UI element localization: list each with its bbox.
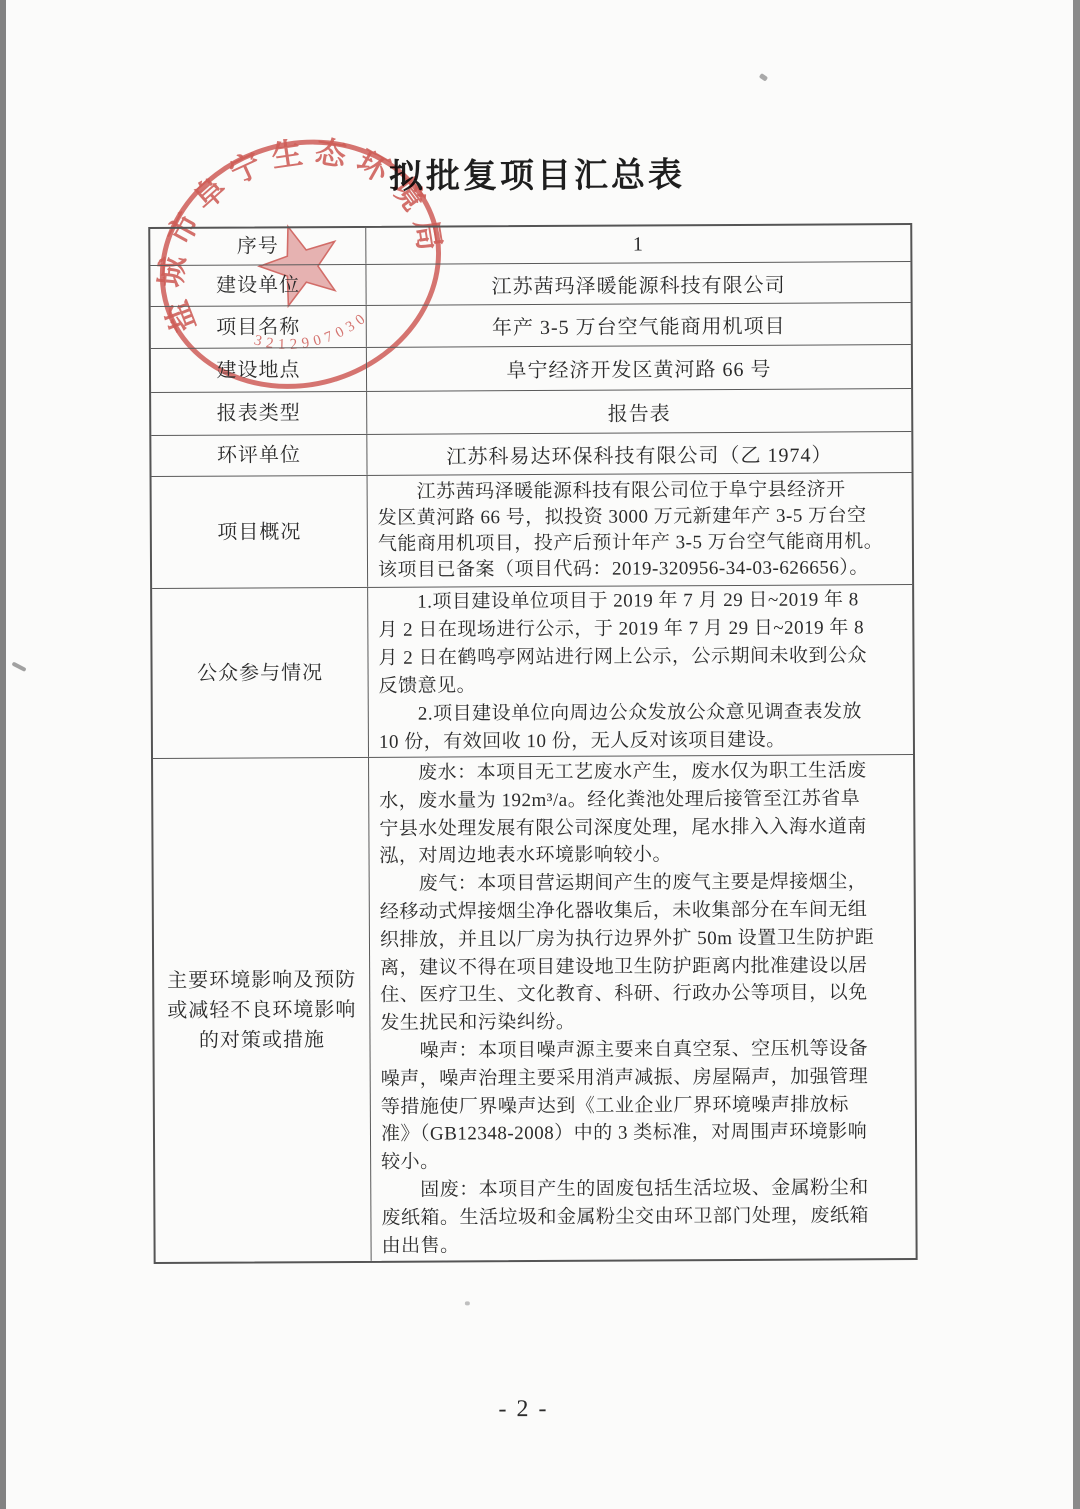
row-paragraph: 1.项目建设单位项目于 2019 年 7 月 29 日~2019 年 8 月 2… xyxy=(368,585,913,757)
row-label: 报表类型 xyxy=(151,392,367,435)
document-page: 拟批复项目汇总表 盐城市阜宁生态环境局 3212907030 序号 1 建设单位… xyxy=(0,0,1080,1509)
row-value: 报告表 xyxy=(367,389,911,434)
table-row-serial: 序号 1 xyxy=(150,225,910,266)
table-row-environmental-measures: 主要环境影响及预防 或减轻不良环境影响 的对策或措施 废水：本项目无工艺废水产生… xyxy=(153,755,916,1262)
row-value: 江苏科易达环保科技有限公司（乙 1974） xyxy=(367,432,911,475)
row-value: 年产 3-5 万台空气能商用机项目 xyxy=(367,303,911,347)
row-label: 建设单位 xyxy=(150,265,366,306)
table-row-location: 建设地点 阜宁经济开发区黄河路 66 号 xyxy=(151,345,911,393)
row-label: 项目名称 xyxy=(151,306,367,348)
page-number: - 2 - xyxy=(3,1393,1043,1425)
row-value: 阜宁经济开发区黄河路 66 号 xyxy=(367,345,911,391)
row-paragraph: 江苏茜玛泽暖能源科技有限公司位于阜宁县经济开 发区黄河路 66 号，拟投资 30… xyxy=(368,473,913,587)
row-label: 主要环境影响及预防 或减轻不良环境影响 的对策或措施 xyxy=(153,758,372,1262)
row-label: 建设地点 xyxy=(151,348,367,392)
table-row-project-name: 项目名称 年产 3-5 万台空气能商用机项目 xyxy=(151,303,911,349)
row-label: 环评单位 xyxy=(151,435,367,476)
table-row-construction-unit: 建设单位 江苏茜玛泽暖能源科技有限公司 xyxy=(150,262,910,307)
row-label: 序号 xyxy=(150,228,366,265)
row-value: 1 xyxy=(366,225,910,264)
scan-artifact xyxy=(11,661,26,672)
scan-artifact xyxy=(759,73,768,82)
row-value: 江苏茜玛泽暖能源科技有限公司 xyxy=(366,262,910,305)
row-label: 项目概况 xyxy=(152,476,369,588)
scan-artifact xyxy=(465,1301,470,1305)
table-row-eia-unit: 环评单位 江苏科易达环保科技有限公司（乙 1974） xyxy=(151,432,911,477)
table-row-report-type: 报表类型 报告表 xyxy=(151,389,911,436)
row-paragraph: 废水：本项目无工艺废水产生，废水仅为职工生活废 水，废水量为 192m³/a。经… xyxy=(369,755,916,1261)
summary-table: 序号 1 建设单位 江苏茜玛泽暖能源科技有限公司 项目名称 年产 3-5 万台空… xyxy=(148,223,917,1264)
table-row-public-participation: 公众参与情况 1.项目建设单位项目于 2019 年 7 月 29 日~2019 … xyxy=(152,585,913,759)
table-row-project-overview: 项目概况 江苏茜玛泽暖能源科技有限公司位于阜宁县经济开 发区黄河路 66 号，拟… xyxy=(152,473,913,589)
row-label: 公众参与情况 xyxy=(152,588,369,758)
